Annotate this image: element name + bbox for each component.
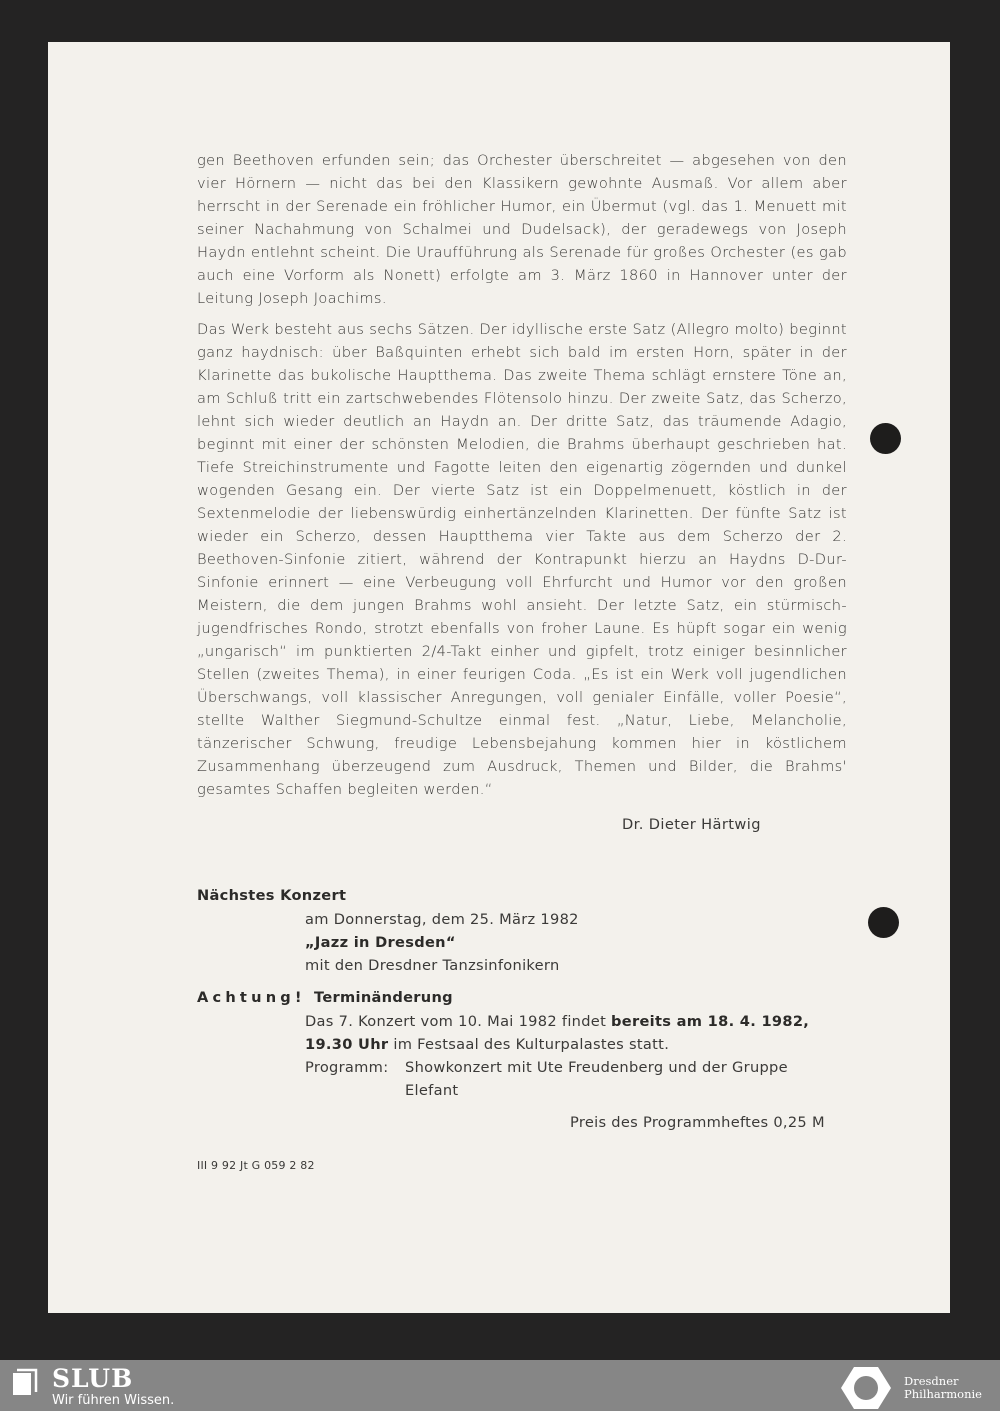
philharmonie-logo[interactable]: Dresdner Philharmonie [904,1375,982,1401]
slub-tagline: Wir führen Wissen. [52,1393,174,1408]
notice-line-1-text: Das 7. Konzert vom 10. Mai 1982 findet [305,1013,606,1030]
footer-bar: SLUB Wir führen Wissen. Dresdner Philhar… [0,1360,1000,1411]
paragraph-1: gen Beethoven erfunden sein; das Orchest… [197,149,847,310]
next-concert-performers: mit den Dresdner Tanzsinfonikern [305,957,560,974]
punch-hole [870,423,901,454]
slub-book-icon [13,1368,39,1396]
notice-line-2-text: im Festsaal des Kulturpalastes statt. [393,1036,669,1053]
notice-line-2: 19.30 Uhr im Festsaal des Kulturpalastes… [305,1036,669,1053]
notice-line-1: Das 7. Konzert vom 10. Mai 1982 findet b… [305,1013,809,1030]
notice-new-date: bereits am 18. 4. 1982, [611,1013,809,1030]
print-code: III 9 92 Jt G 059 2 82 [197,1159,315,1172]
notice-new-time: 19.30 Uhr [305,1036,388,1053]
next-concert-heading: Nächstes Konzert [197,887,346,904]
philharmonie-sunburst-icon [840,1365,892,1411]
price-note: Preis des Programmheftes 0,25 M [570,1114,825,1131]
document-page: gen Beethoven erfunden sein; das Orchest… [48,42,950,1313]
next-concert-title: „Jazz in Dresden“ [305,934,456,951]
next-concert-date: am Donnerstag, dem 25. März 1982 [305,911,579,928]
program-line-1: Showkonzert mit Ute Freudenberg und der … [405,1059,788,1076]
author-signature: Dr. Dieter Härtwig [622,816,761,833]
paragraph-2: Das Werk besteht aus sechs Sätzen. Der i… [197,318,847,801]
notice-heading: Terminänderung [314,989,453,1006]
body-text: Das Werk besteht aus sechs Sätzen. Der i… [197,318,847,801]
slub-logo[interactable]: SLUB [52,1364,133,1393]
notice-label: Achtung! [197,989,306,1006]
philharmonie-line-2: Philharmonie [904,1388,982,1401]
body-text: gen Beethoven erfunden sein; das Orchest… [197,149,847,310]
program-label: Programm: [305,1059,388,1076]
punch-hole [868,907,899,938]
program-line-2: Elefant [405,1082,458,1099]
